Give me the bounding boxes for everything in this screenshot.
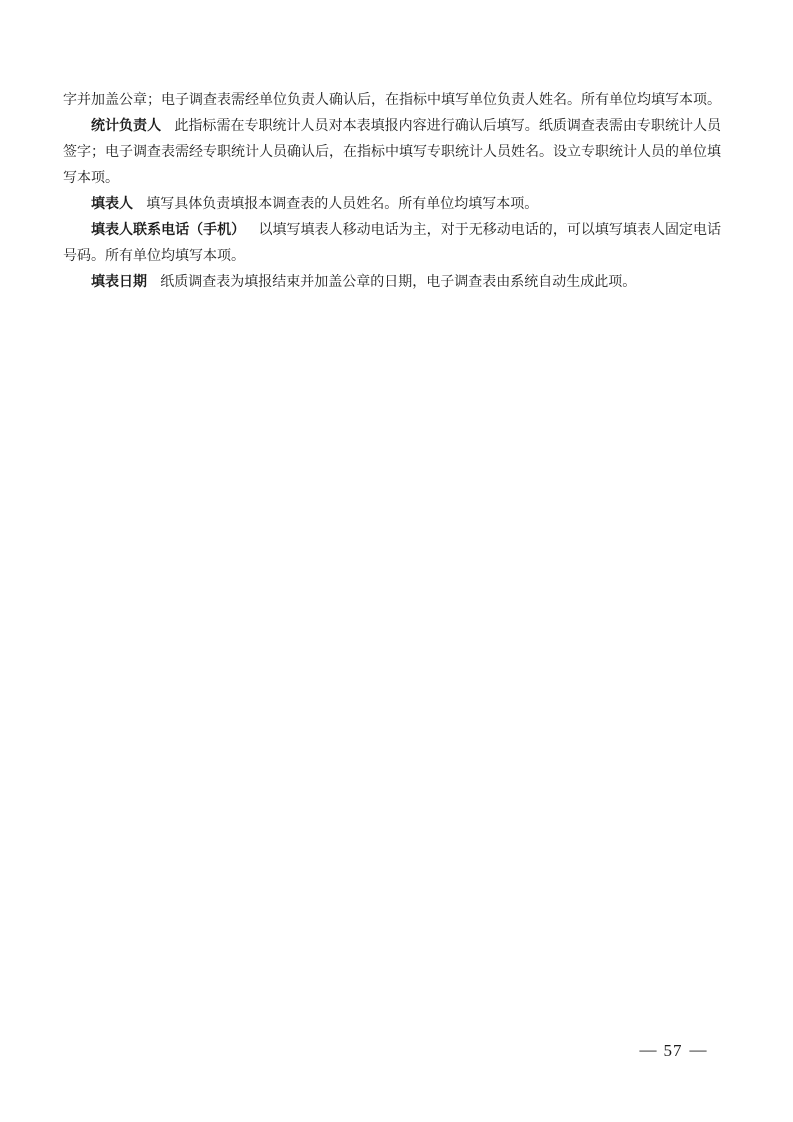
page-number: 57 <box>664 1041 683 1061</box>
term-label: 填表人联系电话（手机） <box>91 223 245 238</box>
term-label: 填表日期 <box>91 275 147 290</box>
document-page: 字并加盖公章；电子调查表需经单位负责人确认后，在指标中填写单位负责人姓名。所有单… <box>0 0 793 1122</box>
term-label: 填表人 <box>91 197 133 212</box>
footer-dash-right: — <box>690 1040 707 1060</box>
footer-dash-left: — <box>640 1040 657 1060</box>
paragraph-definition: 填表日期纸质调查表为填报结束并加盖公章的日期，电子调查表由系统自动生成此项。 <box>63 270 721 296</box>
paragraph-continuation: 字并加盖公章；电子调查表需经单位负责人确认后，在指标中填写单位负责人姓名。所有单… <box>63 88 721 114</box>
document-body: 字并加盖公章；电子调查表需经单位负责人确认后，在指标中填写单位负责人姓名。所有单… <box>63 88 721 296</box>
paragraph-definition: 统计负责人此指标需在专职统计人员对本表填报内容进行确认后填写。纸质调查表需由专职… <box>63 114 721 192</box>
paragraph-definition: 填表人填写具体负责填报本调查表的人员姓名。所有单位均填写本项。 <box>63 192 721 218</box>
page-footer: — 57 — <box>626 1040 720 1062</box>
paragraph-text: 填写具体负责填报本调查表的人员姓名。所有单位均填写本项。 <box>146 197 538 212</box>
term-label: 统计负责人 <box>91 119 161 134</box>
paragraph-definition: 填表人联系电话（手机）以填写填表人移动电话为主，对于无移动电话的，可以填写填表人… <box>63 218 721 270</box>
paragraph-text: 此指标需在专职统计人员对本表填报内容进行确认后填写。纸质调查表需由专职统计人员签… <box>63 119 721 186</box>
paragraph-text: 纸质调查表为填报结束并加盖公章的日期，电子调查表由系统自动生成此项。 <box>160 275 636 290</box>
paragraph-text: 字并加盖公章；电子调查表需经单位负责人确认后，在指标中填写单位负责人姓名。所有单… <box>63 93 721 108</box>
